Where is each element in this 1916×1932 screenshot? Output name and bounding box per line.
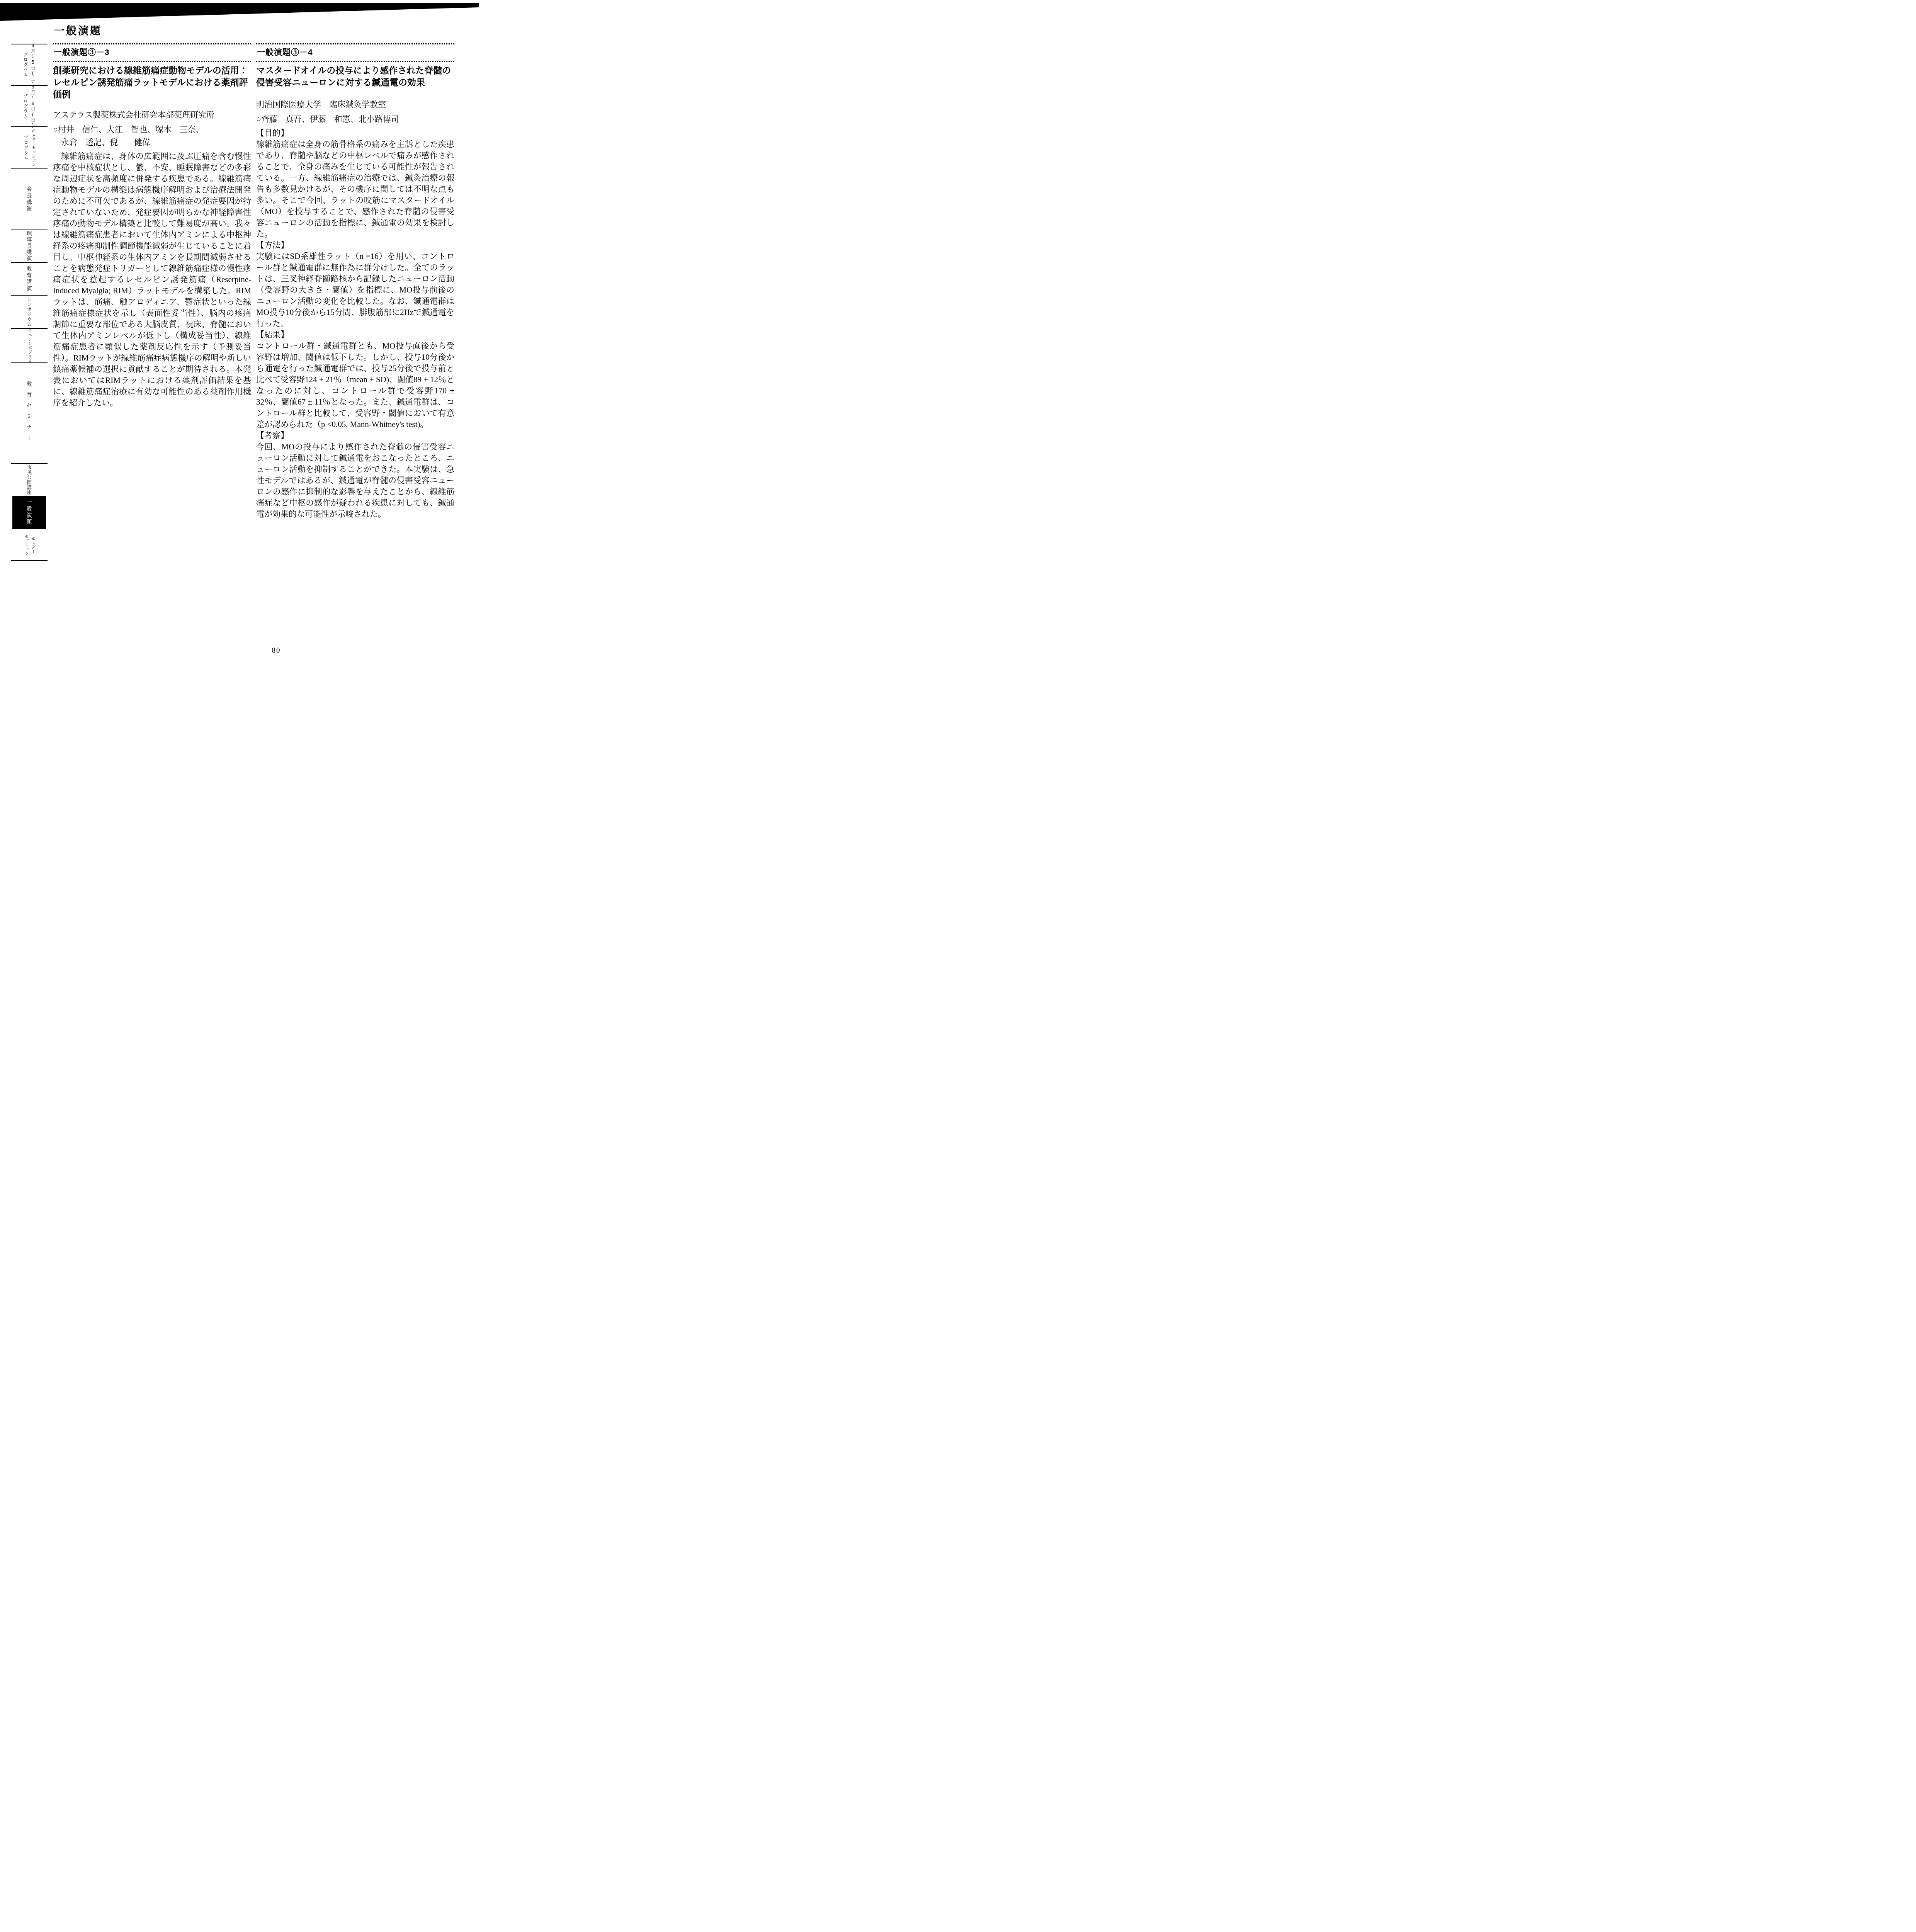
- sidebar-item-program-sep16: 9月16日(日) プログラム: [11, 86, 48, 126]
- sidebar-item-label: 市民公開講座: [27, 465, 32, 495]
- sidebar-item-program-sep15: 9月15日(土) プログラム: [11, 44, 48, 85]
- sidebar-item-label: 教育セミナー: [27, 381, 32, 446]
- sidebar-item-mini-symposium: ミニシンポジウム: [11, 329, 48, 362]
- section-heading: 【目的】: [256, 128, 454, 139]
- sidebar-item-label: プログラム: [23, 52, 28, 77]
- session-code: 一般演題③－4: [256, 44, 454, 61]
- sidebar-item-label: ミニシンポジウム: [27, 329, 31, 363]
- sidebar-item-label: 9月16日(日): [31, 84, 35, 128]
- sidebar-item-label: ポスターセッション: [31, 129, 35, 167]
- sidebar-item-label: 理事長講演: [27, 231, 32, 262]
- sidebar-item-label: 教育講演: [27, 266, 32, 292]
- top-scan-bar: [0, 3, 479, 21]
- session-code: 一般演題③－3: [53, 44, 251, 61]
- section-objective: 【目的】 線維筋痛症は全身の筋骨格系の痛みを主訴とした疾患であり、脊髄や脳などの…: [256, 128, 454, 240]
- author-list: ○齊藤 真吾、伊藤 和憲、北小路博司: [256, 113, 454, 126]
- sidebar-item-chairman-lecture: 理事長講演: [11, 230, 48, 262]
- scanned-proceedings-page: { "colors": {"ink": "#000000", "paper": …: [0, 0, 479, 678]
- section-body: 今回、MOの投与により感作された脊髄の侵害受容ニューロン活動に対して鍼通電をおこ…: [256, 441, 454, 520]
- sidebar-item-label: ポスター: [31, 537, 34, 554]
- abstract-left: 一般演題③－3 創薬研究における線維筋痛症動物モデルの活用：レセルピン誘発筋痛ラ…: [53, 43, 251, 408]
- section-heading: 【考察】: [256, 430, 454, 441]
- sidebar-item-label: プログラム: [23, 94, 28, 119]
- author-line: ○齊藤 真吾、伊藤 和憲、北小路博司: [256, 113, 454, 126]
- page-number: — 80 —: [261, 646, 292, 655]
- affiliation: アステラス製薬株式会社研究本部薬理研究所: [53, 109, 251, 121]
- affiliation: 明治国際医療大学 臨床鍼灸学教室: [256, 99, 454, 110]
- sidebar-item-label: 一般演題: [27, 499, 32, 526]
- abstract-right: 一般演題③－4 マスタードオイルの投与により感作された脊髄の侵害受容ニューロンに…: [256, 43, 454, 520]
- sidebar-divider: [11, 560, 48, 561]
- section-body: 実験にはSD系雄性ラット（n =16）を用い、コントロール群と鍼通電群に無作為に…: [256, 251, 454, 329]
- sidebar-item-label: 会長講演: [27, 186, 32, 213]
- sidebar-item-presidential-lecture: 会長講演: [11, 169, 48, 230]
- sidebar-item-label: プログラム: [24, 135, 28, 160]
- section-heading: 【結果】: [256, 329, 454, 340]
- section-body: 線維筋痛症は全身の筋骨格系の痛みを主訴とした疾患であり、脊髄や脳などの中枢レベル…: [256, 139, 454, 240]
- sidebar-item-educational-seminar: 教育セミナー: [11, 363, 48, 463]
- sidebar-item-label: シンポジウム: [27, 297, 32, 327]
- author-list: ○村井 信仁、大江 智也、塚本 三奈、 永倉 透記、倪 健偉: [53, 123, 251, 149]
- sidebar-item-poster-session-program: ポスターセッション プログラム: [11, 127, 48, 168]
- page-title: 一般演題: [54, 22, 102, 37]
- author-line: 永倉 透記、倪 健偉: [53, 136, 251, 149]
- sidebar-item-label: セッション: [24, 534, 28, 556]
- sidebar-item-public-lecture: 市民公開講座: [11, 464, 48, 496]
- sidebar-item-general-presentations-active: 一般演題: [12, 496, 46, 529]
- section-discussion: 【考察】 今回、MOの投与により感作された脊髄の侵害受容ニューロン活動に対して鍼…: [256, 430, 454, 520]
- sidebar-item-label: 9月15日(土): [31, 43, 35, 87]
- abstract-title: 創薬研究における線維筋痛症動物モデルの活用：レセルピン誘発筋痛ラットモデルにおけ…: [53, 65, 251, 100]
- author-line: ○村井 信仁、大江 智也、塚本 三奈、: [53, 123, 251, 136]
- sidebar-item-poster-session: ポスター セッション: [11, 530, 48, 560]
- sidebar-item-symposium: シンポジウム: [11, 296, 48, 328]
- abstract-sections: 【目的】 線維筋痛症は全身の筋骨格系の痛みを主訴とした疾患であり、脊髄や脳などの…: [256, 128, 454, 520]
- sidebar-item-educational-lecture: 教育講演: [11, 263, 48, 295]
- abstract-body: 線維筋痛症は、身体の広範囲に及ぶ圧痛を含む慢性疼痛を中核症状とし、鬱、不安、睡眠…: [53, 151, 251, 408]
- section-body: コントロール群・鍼通電群とも、MO投与直後から受容野は増加、閾値は低下した。しか…: [256, 340, 454, 430]
- dotted-rule: [256, 61, 454, 62]
- section-methods: 【方法】 実験にはSD系雄性ラット（n =16）を用い、コントロール群と鍼通電群…: [256, 240, 454, 329]
- section-results: 【結果】 コントロール群・鍼通電群とも、MO投与直後から受容野は増加、閾値は低下…: [256, 329, 454, 430]
- dotted-rule: [53, 61, 251, 62]
- abstract-title: マスタードオイルの投与により感作された脊髄の侵害受容ニューロンに対する鍼通電の効…: [256, 65, 454, 88]
- sidebar-tab-rail: 9月15日(土) プログラム 9月16日(日) プログラム ポスターセッション …: [11, 44, 48, 561]
- section-heading: 【方法】: [256, 240, 454, 251]
